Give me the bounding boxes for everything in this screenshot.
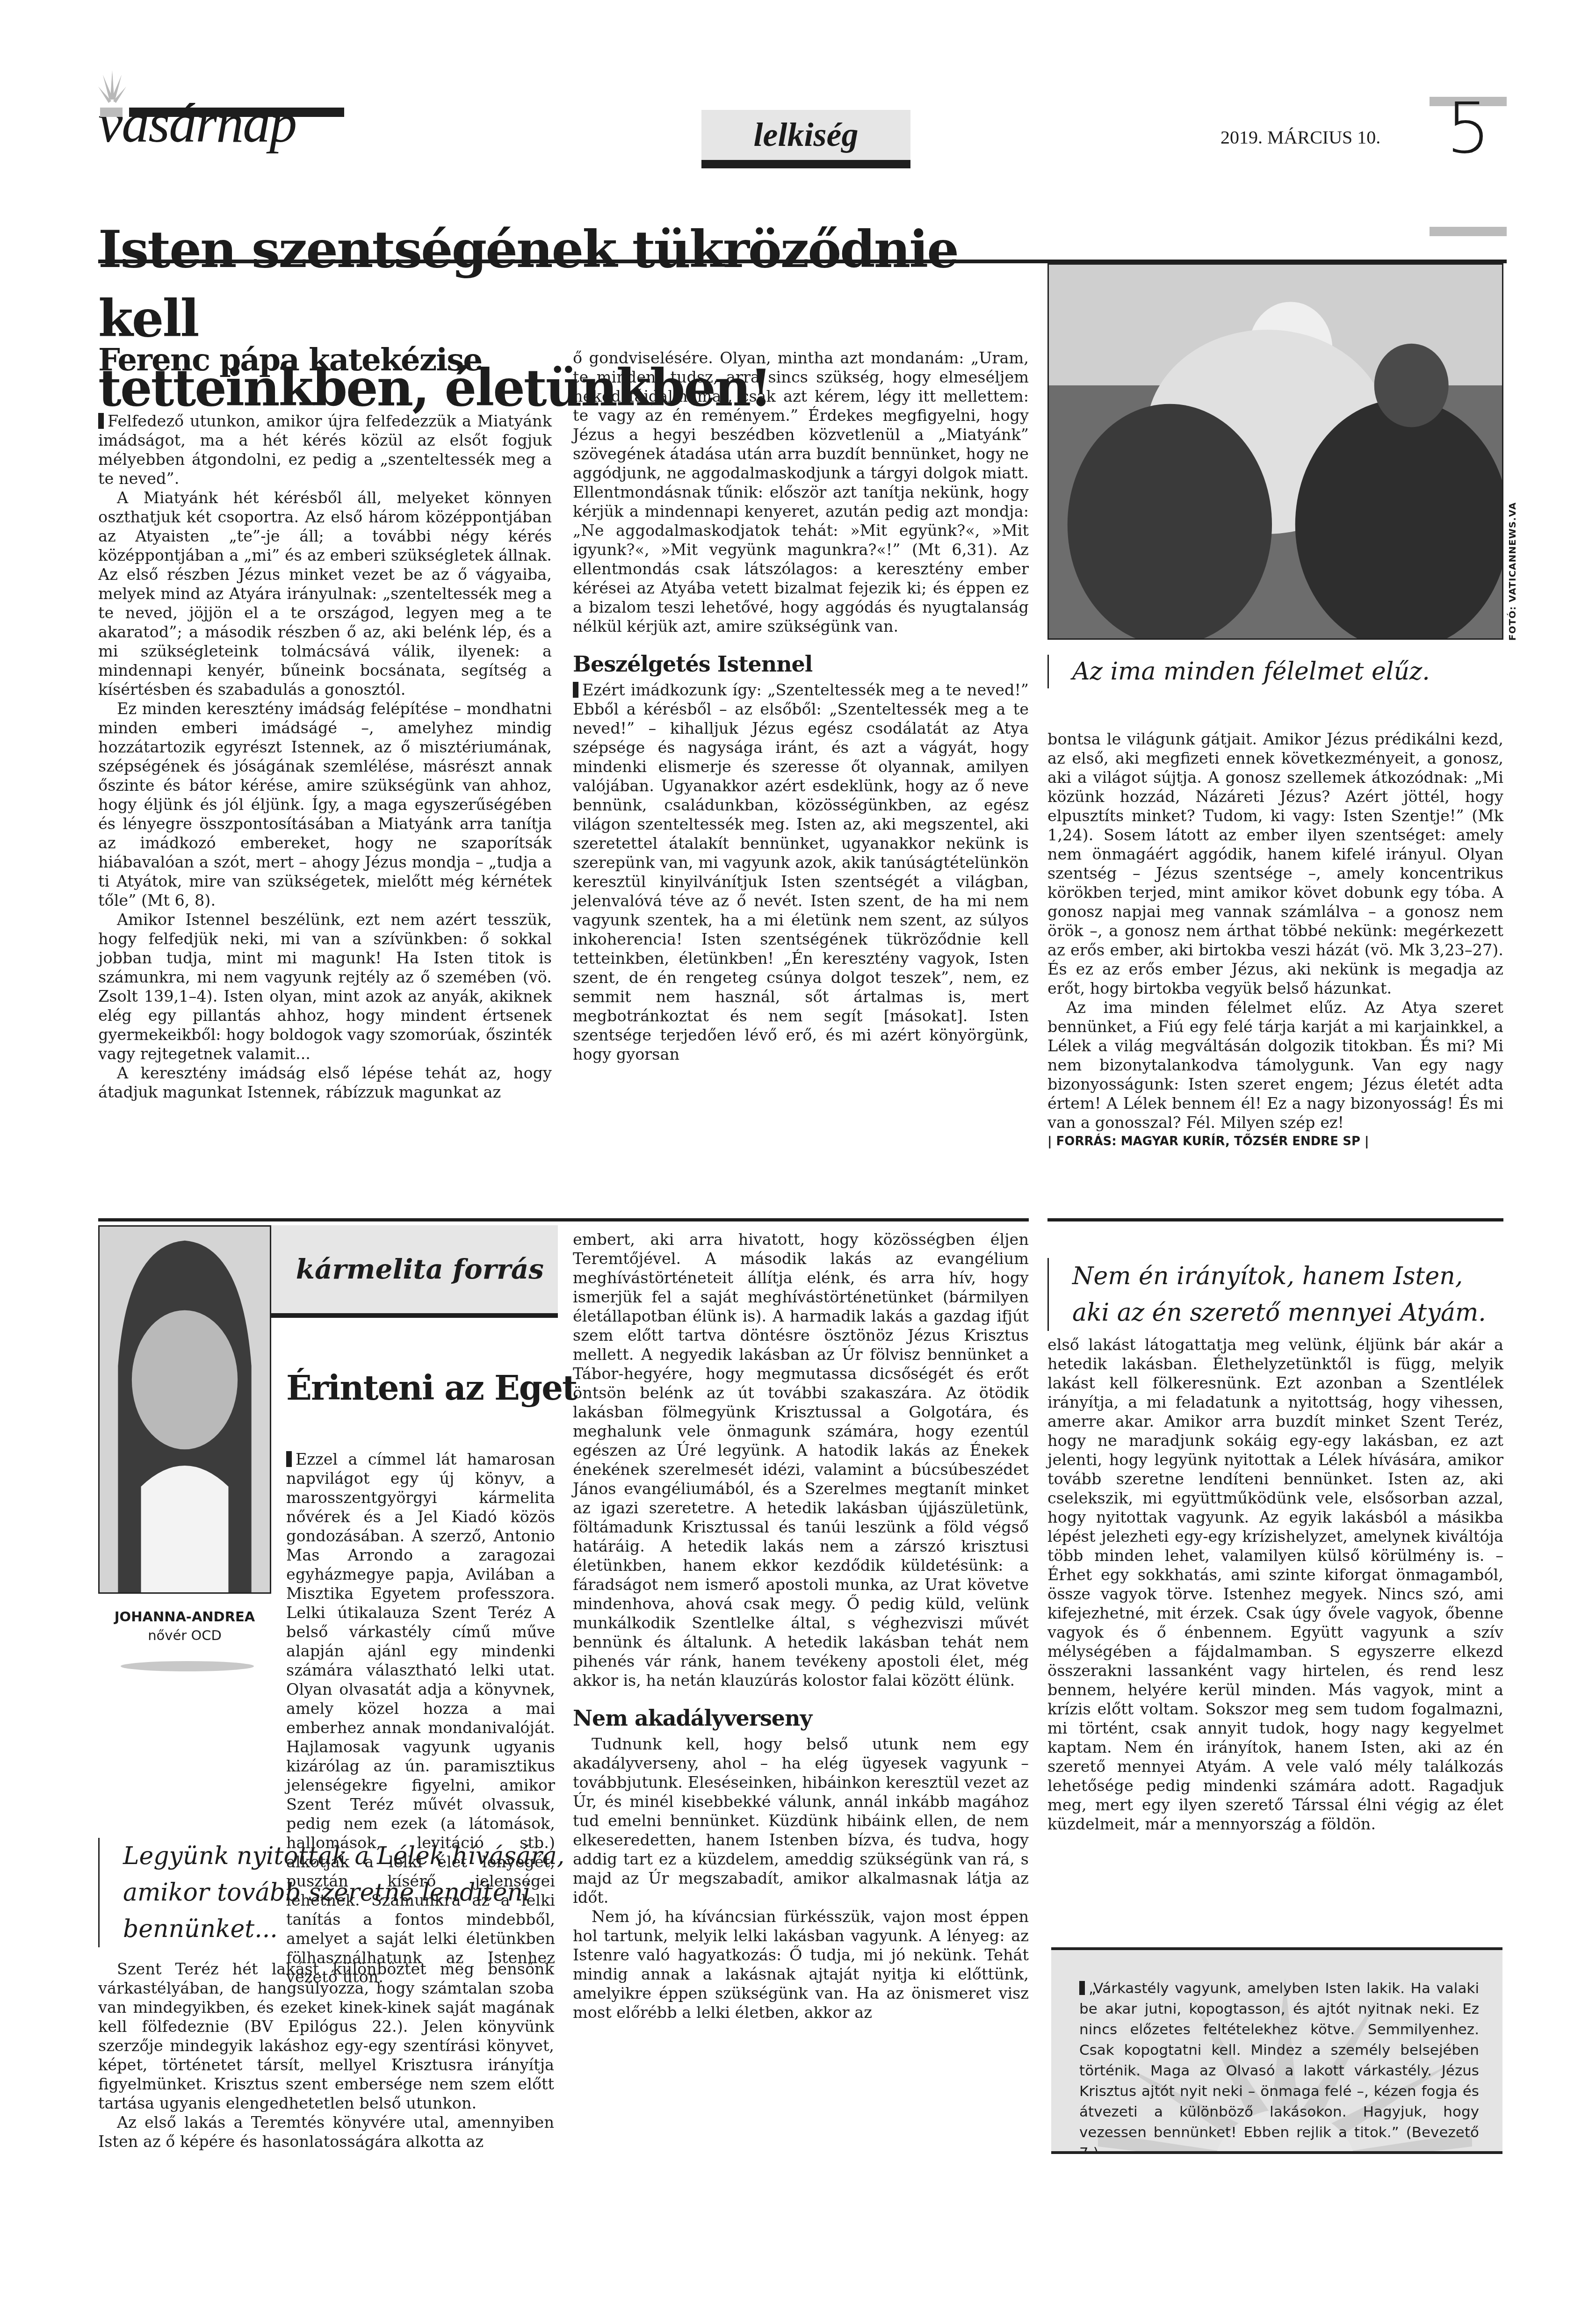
column-column-1: Szent Teréz hét lakást különböztet meg b…	[98, 1959, 554, 2151]
masthead-rule	[129, 108, 344, 117]
article-column-3: bontsa le világunk gátjait. Amikor Jézus…	[1047, 730, 1503, 1151]
paragraph: embert, aki arra hivatott, hogy közösség…	[573, 1230, 1029, 1690]
headline-line-1: Isten szentségének tükröződnie kell	[98, 215, 1033, 354]
section-heading: Nem akadályverseny	[573, 1709, 1029, 1728]
masthead-logo: vasárnap	[98, 96, 296, 151]
column-column-2: embert, aki arra hivatott, hogy közösség…	[573, 1230, 1029, 2022]
paragraph-marker-icon	[1079, 1981, 1085, 1995]
column-tag: kármelita forrás	[271, 1225, 558, 1318]
article-column-2: ő gondviselésére. Olyan, mintha azt mond…	[573, 348, 1029, 1064]
paragraph: A Miatyánk hét kérésből áll, melyeket kö…	[98, 488, 552, 699]
author-portrait	[98, 1225, 271, 1594]
section-divider	[98, 1218, 1029, 1221]
source-credit: | FORRÁS: MAGYAR KURÍR, TŐZSÉR ENDRE SP …	[1047, 1132, 1503, 1151]
author-role: nővér OCD	[98, 1627, 271, 1643]
page-number: 5	[1431, 94, 1506, 164]
column-title: Érinteni az Eget	[286, 1368, 577, 1408]
paragraph: Az első lakás a Teremtés könyvére utal, …	[98, 2113, 554, 2151]
paragraph: Szent Teréz hét lakást különböztet meg b…	[98, 1959, 554, 2113]
portrait-placeholder	[100, 1227, 270, 1592]
photo-placeholder	[1049, 265, 1502, 638]
paragraph: első lakást látogattatja meg velünk, élj…	[1047, 1335, 1503, 1834]
quote-box: „Várkastély vagyunk, amelyben Isten laki…	[1051, 1947, 1502, 2154]
paragraph: Az ima minden félelmet elűz. Az Atya sze…	[1047, 998, 1503, 1132]
pull-quote: Az ima minden félelmet elűz.	[1047, 655, 1430, 688]
masthead: vasárnap	[98, 70, 346, 168]
paragraph: Ezért imádkozunk így: „Szenteltessék meg…	[573, 680, 1029, 1064]
paragraph: bontsa le világunk gátjait. Amikor Jézus…	[1047, 730, 1503, 998]
author-name: JOHANNA-ANDREA	[98, 1609, 271, 1625]
section-label: lelkiség	[754, 116, 859, 154]
paragraph: Nem jó, ha kíváncsian fürkésszük, vajon …	[573, 1907, 1029, 2022]
paragraph: Tudnunk kell, hogy belső utunk nem egy a…	[573, 1735, 1029, 1907]
pull-quote: Legyünk nyitottak a Lélek hívására, amik…	[98, 1838, 567, 1947]
photo-credit: FOTÓ: VATICANNEWS.VA	[1507, 502, 1518, 641]
issue-date: 2019. MÁRCIUS 10.	[1220, 126, 1380, 148]
box-quote-text: „Várkastély vagyunk, amelyben Isten laki…	[1079, 1978, 1479, 2154]
paragraph: ő gondviselésére. Olyan, mintha azt mond…	[573, 348, 1029, 636]
article-column-1: Felfedező utunkon, amikor újra felfedezz…	[98, 412, 552, 1102]
column-column-3: első lakást látogattatja meg velünk, élj…	[1047, 1335, 1503, 1834]
paragraph-marker-icon	[573, 682, 578, 698]
paragraph-marker-icon	[98, 413, 104, 429]
masthead-rule-gray	[100, 108, 123, 117]
paragraph: Felfedező utunkon, amikor újra felfedezz…	[98, 412, 552, 488]
section-heading: Beszélgetés Istennel	[573, 655, 1029, 674]
paragraph: Amikor Istennel beszélünk, ezt nem azért…	[98, 910, 552, 1063]
article-subhead: Ferenc pápa katekézise	[98, 341, 482, 378]
paragraph: Ez minden keresztény imádság felépítése …	[98, 699, 552, 910]
section-tag: lelkiség	[701, 110, 910, 168]
section-divider	[1047, 1218, 1503, 1221]
paragraph: A keresztény imádság első lépése tehát a…	[98, 1063, 552, 1102]
article-photo	[1047, 263, 1503, 640]
author-shadow-decoration	[121, 1661, 254, 1671]
pull-quote: Nem én irányítok, hanem Isten, aki az én…	[1047, 1258, 1493, 1331]
column-tag-label: kármelita forrás	[296, 1253, 544, 1285]
page-number-bar-bottom	[1430, 227, 1507, 236]
paragraph-marker-icon	[286, 1451, 292, 1467]
